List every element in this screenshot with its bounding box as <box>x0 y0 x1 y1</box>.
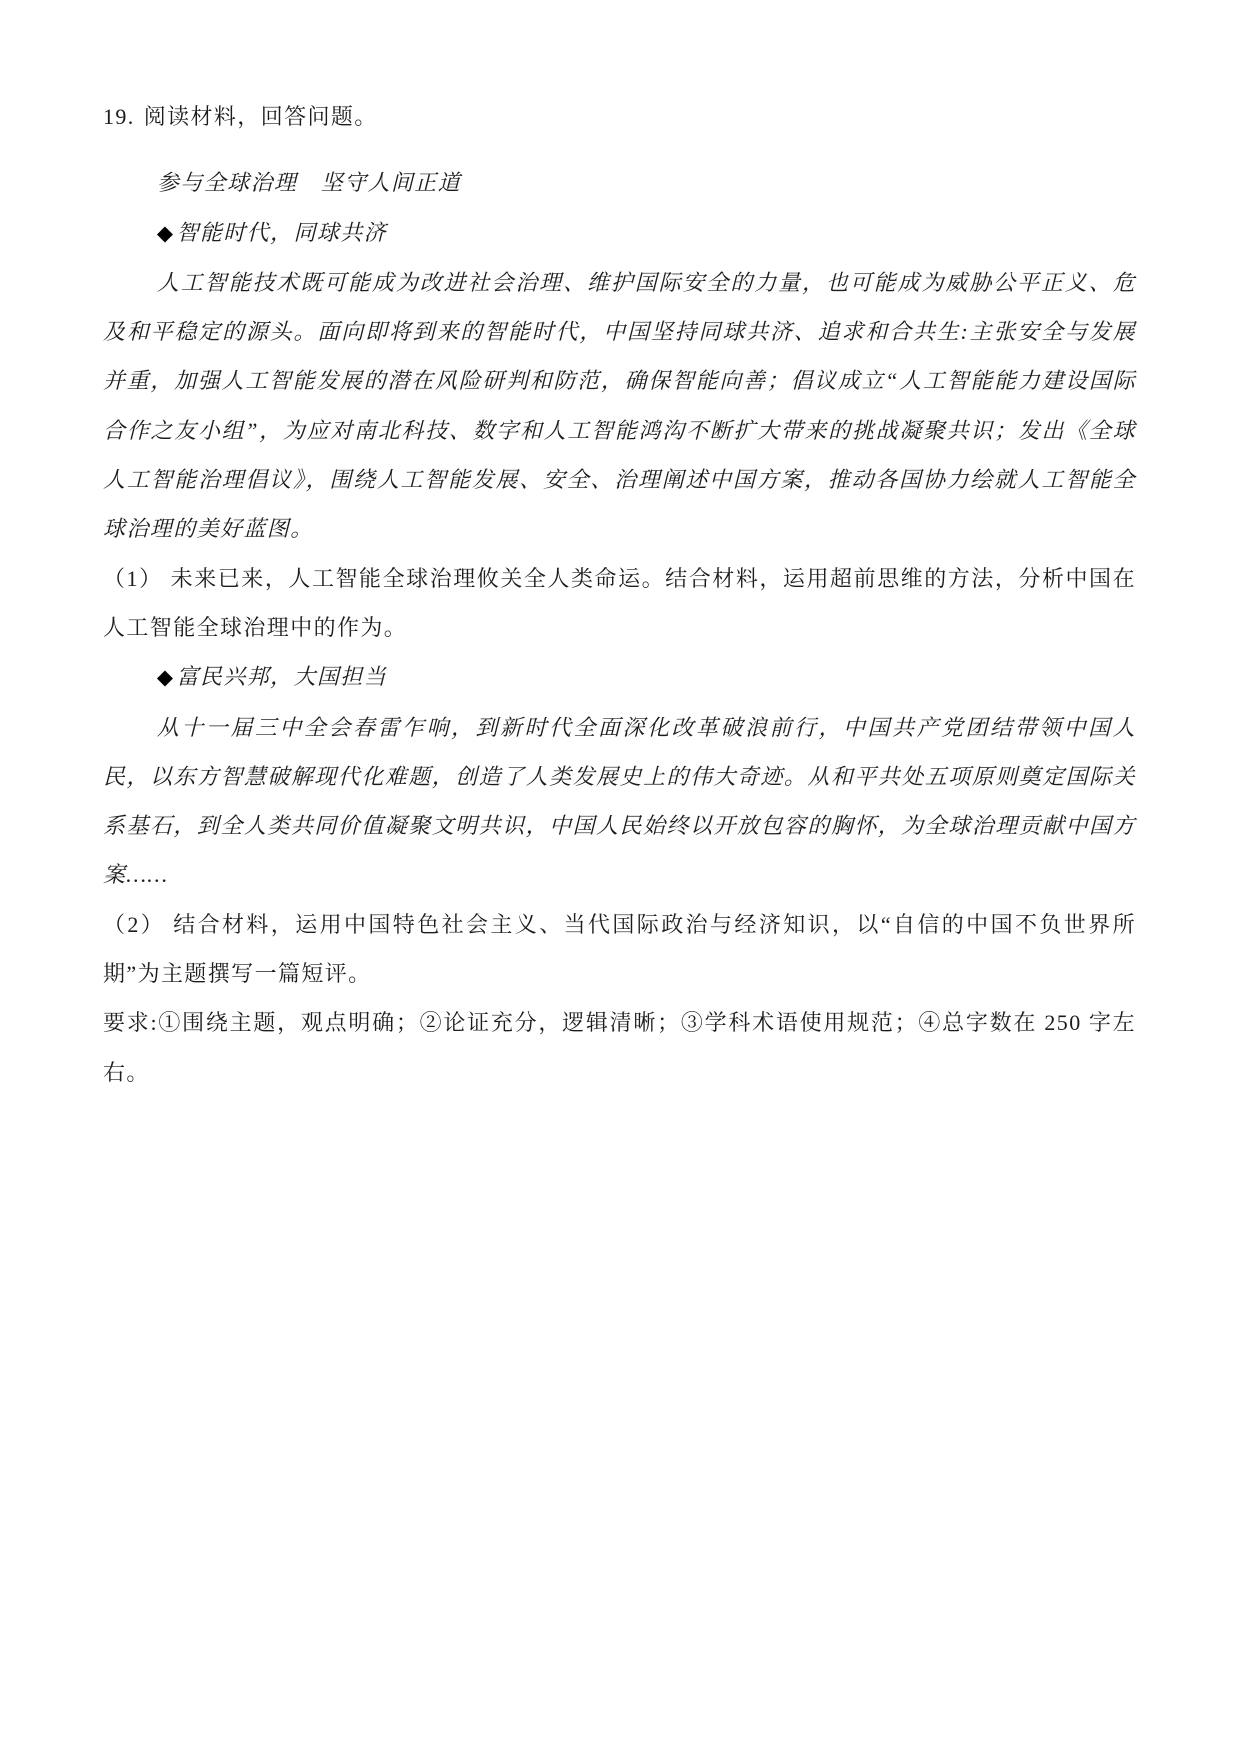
section-heading-1: ◆智能时代，同球共济 <box>103 208 1136 258</box>
document-page: 19.阅读材料，回答问题。 参与全球治理 坚守人间正道 ◆智能时代，同球共济 人… <box>0 0 1241 1754</box>
requirements-line: 要求:①围绕主题，观点明确；②论证充分，逻辑清晰；③学科术语使用规范；④总字数在… <box>103 998 1136 1097</box>
question-header: 19.阅读材料，回答问题。 <box>103 92 1136 141</box>
material-paragraph-2: 从十一届三中全会春雷乍响，到新时代全面深化改革破浪前行，中国共产党团结带领中国人… <box>103 703 1136 900</box>
question-19-block: 19.阅读材料，回答问题。 参与全球治理 坚守人间正道 ◆智能时代，同球共济 人… <box>103 92 1136 1097</box>
subquestion-1: （1）未来已来，人工智能全球治理攸关全人类命运。结合材料，运用超前思维的方法，分… <box>103 554 1136 653</box>
subquestion-2-label: （2） <box>103 912 165 937</box>
material-title: 参与全球治理 坚守人间正道 <box>103 158 1136 207</box>
subquestion-1-label: （1） <box>103 566 163 591</box>
subquestion-1-text: 未来已来，人工智能全球治理攸关全人类命运。结合材料，运用超前思维的方法，分析中国… <box>103 566 1136 640</box>
subquestion-2-text: 结合材料，运用中国特色社会主义、当代国际政治与经济知识，以“自信的中国不负世界所… <box>103 912 1136 986</box>
section-heading-2-text: 富民兴邦，大国担当 <box>176 664 387 689</box>
section-heading-2: ◆富民兴邦，大国担当 <box>103 652 1136 702</box>
subquestion-2: （2）结合材料，运用中国特色社会主义、当代国际政治与经济知识，以“自信的中国不负… <box>103 900 1136 999</box>
question-prompt: 阅读材料，回答问题。 <box>144 104 378 129</box>
material-paragraph-1: 人工智能技术既可能成为改进社会治理、维护国际安全的力量，也可能成为威胁公平正义、… <box>103 258 1136 554</box>
question-number: 19. <box>103 104 135 129</box>
diamond-icon: ◆ <box>157 221 175 245</box>
section-heading-1-text: 智能时代，同球共济 <box>176 220 387 245</box>
diamond-icon: ◆ <box>157 665 175 689</box>
